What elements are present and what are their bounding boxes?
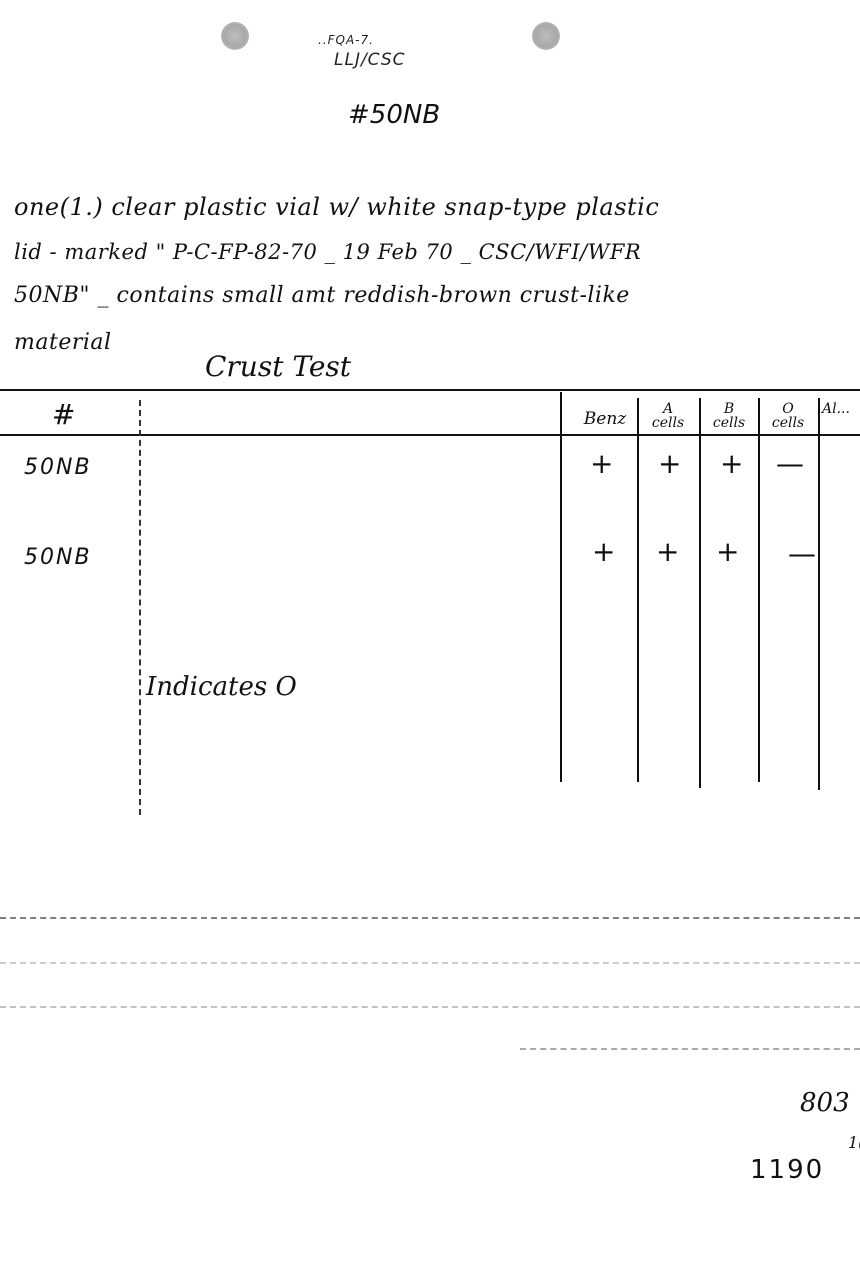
table-row-1-b-cells: +	[720, 450, 743, 478]
description-line-3: 50NB" _ contains small amt reddish-brown…	[14, 283, 630, 308]
table-divider-col4	[758, 398, 760, 782]
table-divider-col3	[699, 398, 701, 788]
faint-rule-1	[0, 917, 860, 919]
table-row-2-a-cells: +	[656, 538, 679, 566]
table-header-rule	[0, 434, 860, 436]
description-line-4: material	[14, 330, 112, 355]
table-row-1-o-cells: —	[776, 450, 804, 478]
punch-hole-right	[532, 22, 560, 50]
table-row-2-b-cells: +	[716, 538, 739, 566]
margin-fragment: 1(	[848, 1133, 860, 1152]
table-row-1-id: 50NB	[24, 455, 92, 480]
table-divider-col5	[818, 398, 820, 790]
table-row-1-a-cells: +	[658, 450, 681, 478]
column-header-benz: Benz	[575, 412, 635, 426]
table-top-rule	[0, 389, 860, 391]
column-header-number: #	[52, 398, 75, 431]
table-footnote: Indicates O	[146, 672, 297, 702]
page-number: 1190	[750, 1155, 824, 1185]
table-divider-col2	[637, 398, 639, 782]
column-header-o-cells: O cells	[762, 402, 814, 430]
faint-rule-2	[0, 962, 860, 964]
table-divider-id	[139, 400, 141, 815]
faint-rule-4	[520, 1048, 860, 1050]
column-header-al: Al...	[822, 402, 860, 416]
specimen-title: #50NB	[348, 100, 440, 130]
table-row-2-o-cells: —	[788, 540, 816, 568]
description-line-2: lid - marked " P-C-FP-82-70 _ 19 Feb 70 …	[14, 240, 641, 264]
column-header-a-cells: A cells	[642, 402, 694, 430]
punch-hole-left	[221, 22, 249, 50]
section-title: Crust Test	[205, 350, 351, 383]
handwritten-number: 803	[800, 1088, 850, 1118]
table-row-2-id: 50NB	[24, 545, 92, 570]
description-line-1: one(1.) clear plastic vial w/ white snap…	[14, 193, 659, 221]
header-stamp-line-1: ..FQA-7.	[318, 33, 374, 47]
column-header-b-cells: B cells	[703, 402, 755, 430]
table-divider-col1	[560, 392, 562, 782]
table-row-1-benz: +	[590, 450, 613, 478]
table-row-2-benz: +	[592, 538, 615, 566]
faint-rule-3	[0, 1006, 860, 1008]
header-stamp-line-2: LLJ/CSC	[334, 50, 406, 70]
